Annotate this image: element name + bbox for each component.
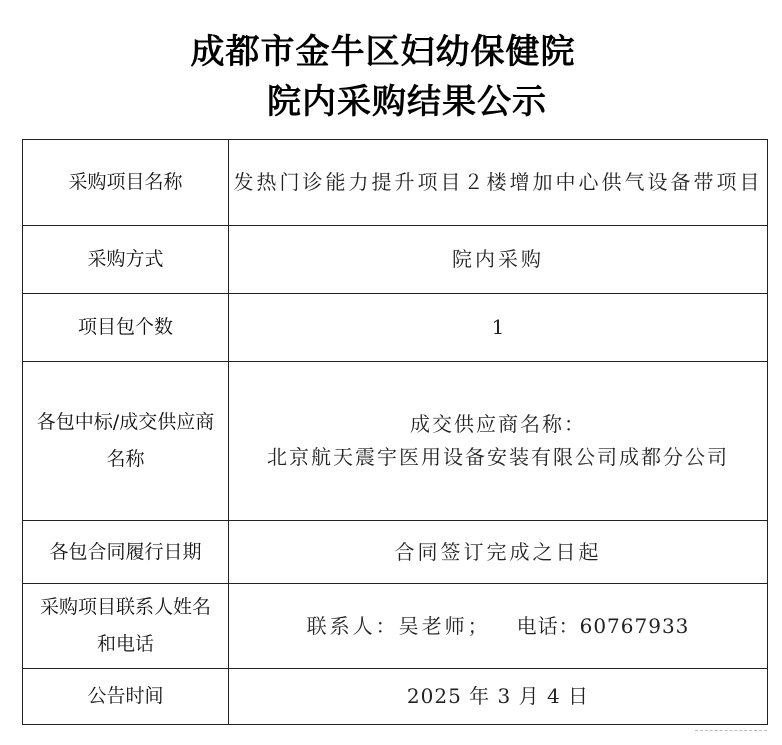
label-contact: 采购项目联系人姓名和电话 xyxy=(23,584,229,669)
label-contract-date: 各包合同履行日期 xyxy=(23,521,229,584)
table-row-procurement-method: 采购方式 院内采购 xyxy=(23,226,768,294)
label-package-count: 项目包个数 xyxy=(23,294,229,362)
table-row-project-name: 采购项目名称 发热门诊能力提升项目２楼增加中心供气设备带项目 xyxy=(23,140,768,226)
label-announce-date: 公告时间 xyxy=(23,669,229,725)
label-project-name: 采购项目名称 xyxy=(23,140,229,226)
procurement-result-table: 采购项目名称 发热门诊能力提升项目２楼增加中心供气设备带项目 采购方式 院内采购… xyxy=(22,139,768,725)
table-row-announce-date: 公告时间 2025 年 3 月 4 日 xyxy=(23,669,768,725)
value-project-name: 发热门诊能力提升项目２楼增加中心供气设备带项目 xyxy=(229,140,768,226)
value-supplier: 成交供应商名称： 北京航天震宇医用设备安装有限公司成都分公司 xyxy=(229,362,768,521)
value-package-count: 1 xyxy=(229,294,768,362)
watermark-mark xyxy=(695,730,767,734)
contact-phone: 电话：60767933 xyxy=(517,614,690,638)
value-contract-date: 合同签订完成之日起 xyxy=(229,521,768,584)
supplier-name: 北京航天震宇医用设备安装有限公司成都分公司 xyxy=(233,441,763,474)
table-row-contract-date: 各包合同履行日期 合同签订完成之日起 xyxy=(23,521,768,584)
label-supplier: 各包中标/成交供应商名称 xyxy=(23,362,229,521)
table-row-supplier: 各包中标/成交供应商名称 成交供应商名称： 北京航天震宇医用设备安装有限公司成都… xyxy=(23,362,768,521)
value-contact: 联系人：吴老师；电话：60767933 xyxy=(229,584,768,669)
contact-person: 联系人：吴老师； xyxy=(307,614,491,638)
supplier-heading: 成交供应商名称： xyxy=(233,408,763,441)
page-title-notice: 院内采购结果公示 xyxy=(16,74,782,123)
page-title-org: 成都市金牛区妇幼保健院 xyxy=(0,24,774,73)
value-procurement-method: 院内采购 xyxy=(229,226,768,294)
table-row-package-count: 项目包个数 1 xyxy=(23,294,768,362)
value-announce-date: 2025 年 3 月 4 日 xyxy=(229,669,768,725)
label-procurement-method: 采购方式 xyxy=(23,226,229,294)
table-row-contact: 采购项目联系人姓名和电话 联系人：吴老师；电话：60767933 xyxy=(23,584,768,669)
